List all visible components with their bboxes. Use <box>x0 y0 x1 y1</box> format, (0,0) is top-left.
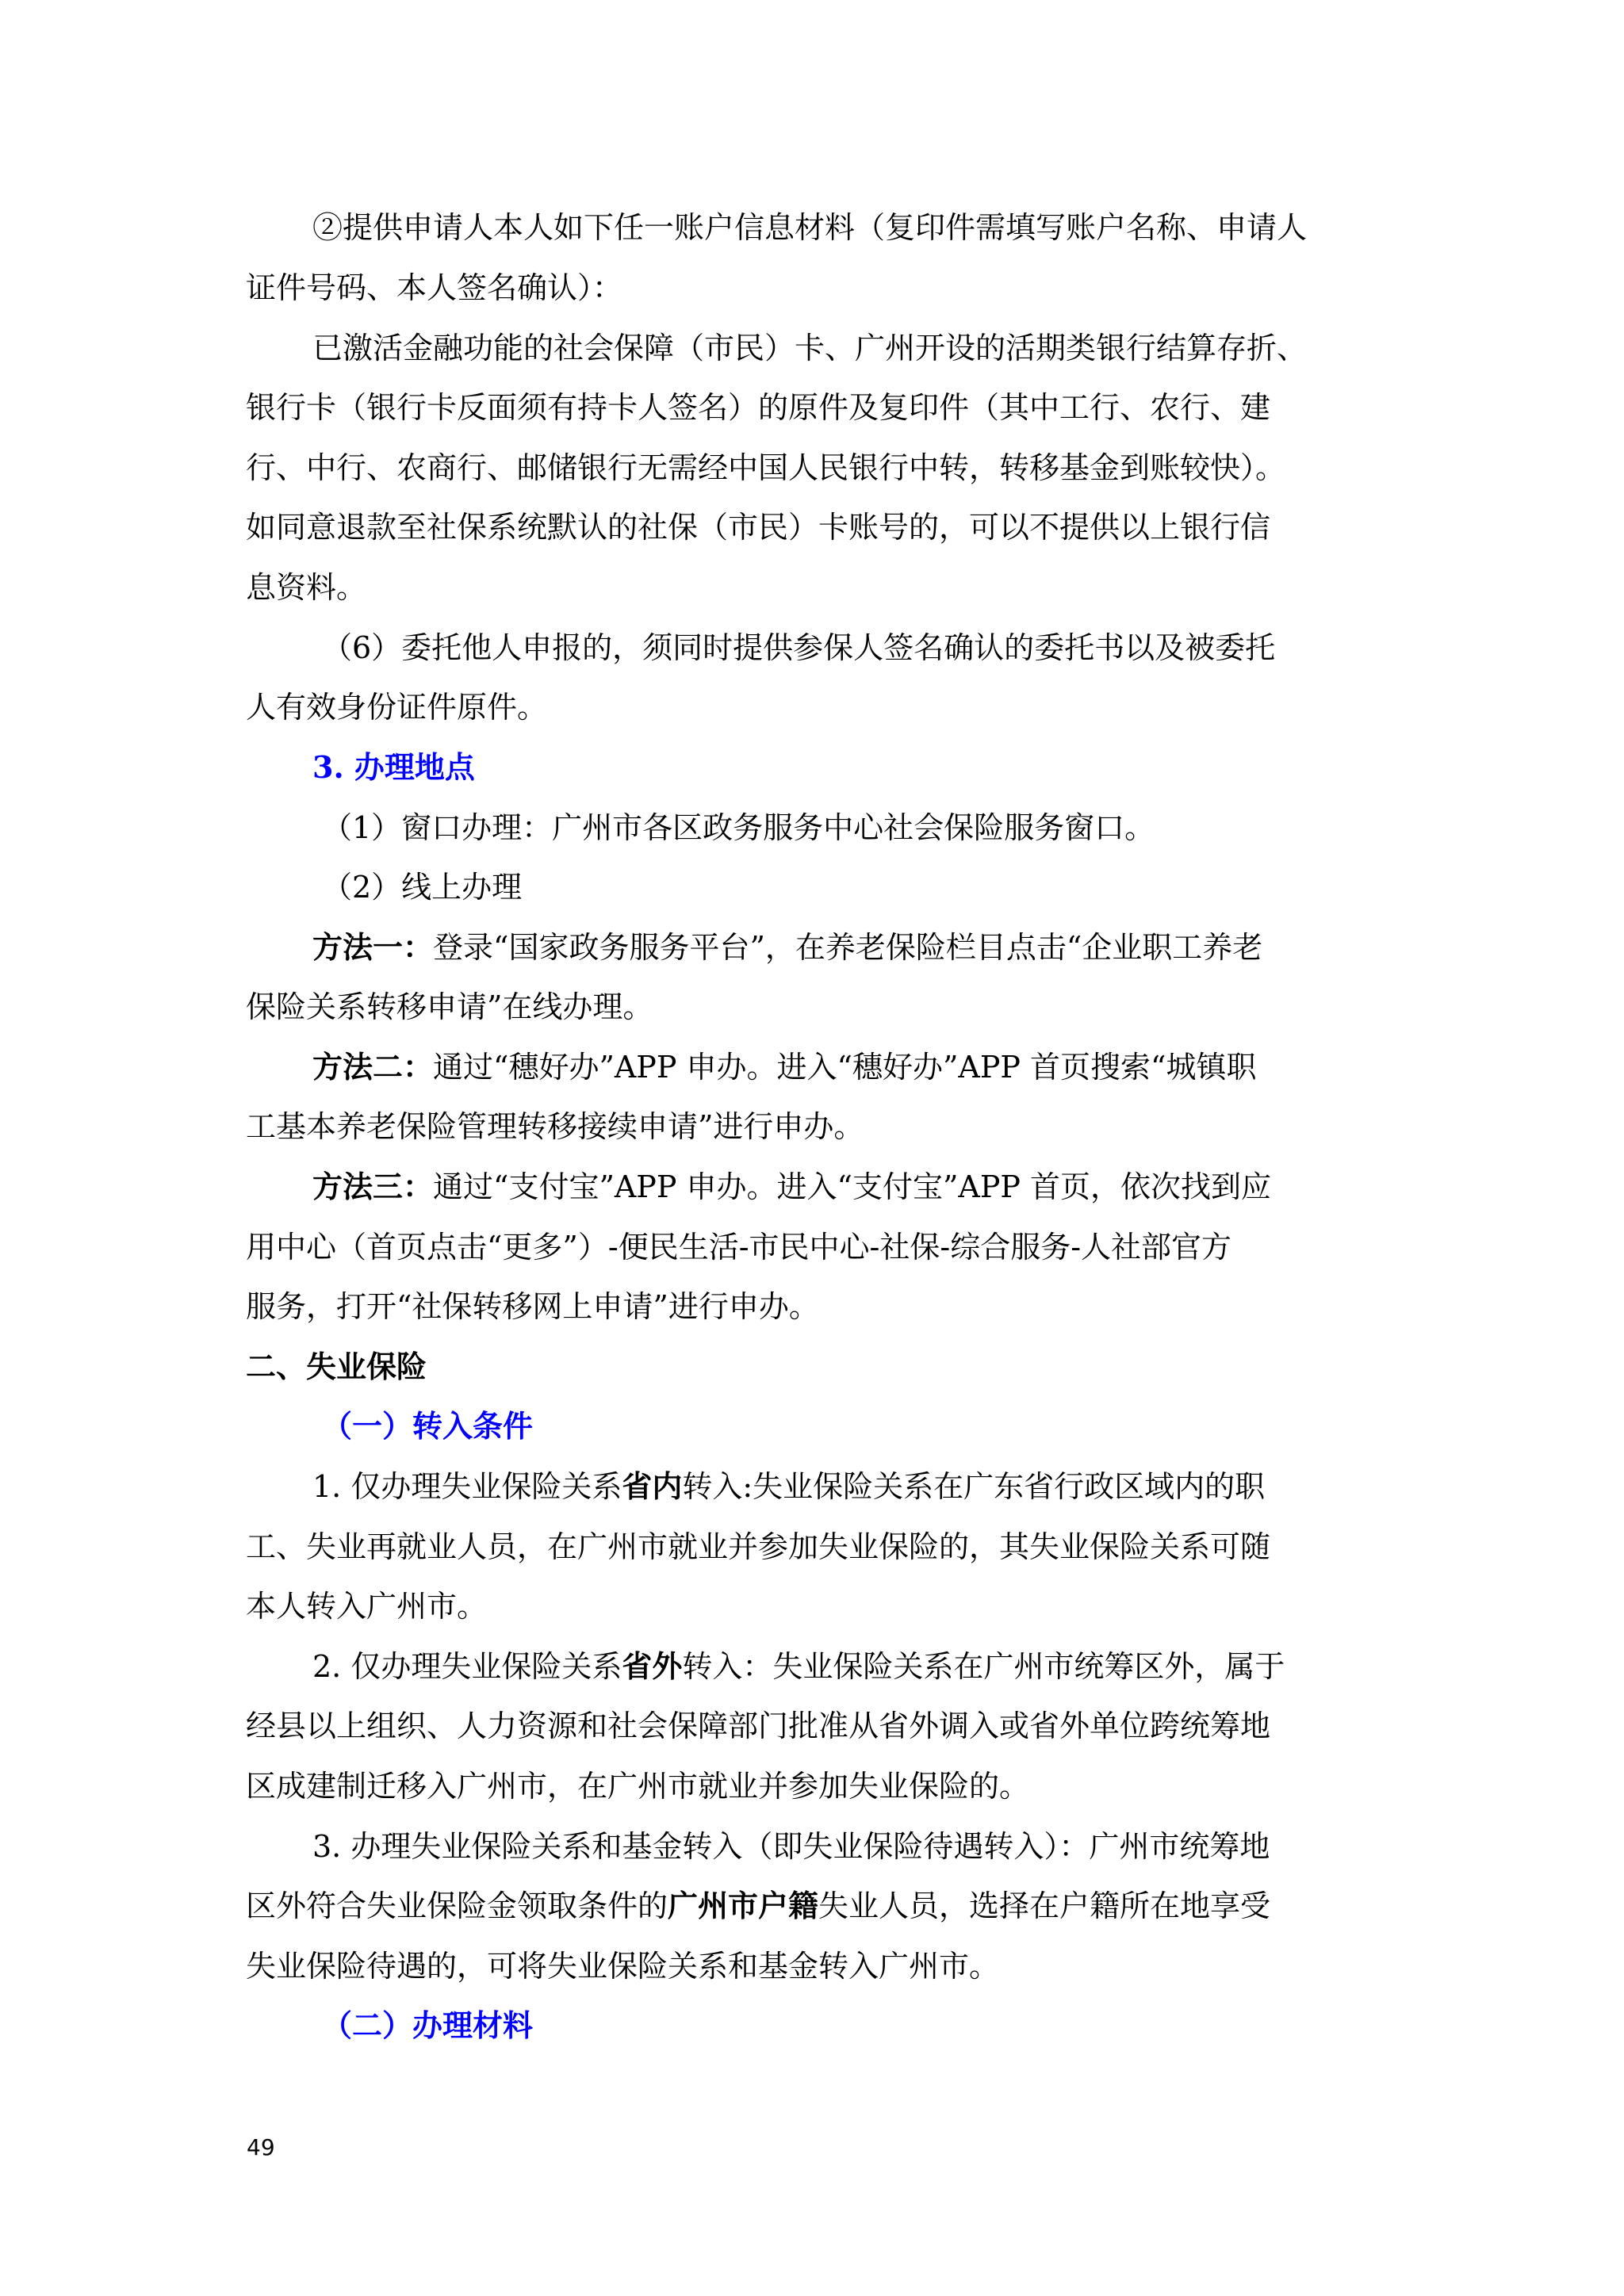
paragraph-line: 服务，打开“社保转移网上申请”进行申办。 <box>246 1287 819 1326</box>
item-text: 转入:失业保险关系在广东省行政区域内的职 <box>682 1469 1265 1504</box>
item-emphasis: 广州市户籍 <box>668 1888 818 1923</box>
item-text: 2. 仅办理失业保险关系 <box>312 1649 622 1684</box>
condition-item-3-line-2: 区外符合失业保险金领取条件的广州市户籍失业人员，选择在户籍所在地享受 <box>246 1886 1270 1926</box>
method-two-text: 通过“穗好办”APP 申办。进入“穗好办”APP 首页搜索“城镇职 <box>433 1050 1256 1085</box>
paragraph-line: 失业保险待遇的，可将失业保险关系和基金转入广州市。 <box>246 1946 999 1986</box>
item-text: 1. 仅办理失业保险关系 <box>312 1469 622 1504</box>
paragraph-line: 行、中行、农商行、邮储银行无需经中国人民银行中转，转移基金到账较快）。 <box>246 448 1285 488</box>
paragraph-line: 保险关系转移申请”在线办理。 <box>246 987 653 1027</box>
paragraph-line: 银行卡（银行卡反面须有持卡人签名）的原件及复印件（其中工行、农行、建 <box>246 388 1270 427</box>
subsection-heading-conditions: （一）转入条件 <box>322 1406 533 1446</box>
condition-item-2: 2. 仅办理失业保险关系省外转入：失业保险关系在广州市统筹区外，属于 <box>312 1647 1285 1686</box>
method-three-line: 方法三：通过“支付宝”APP 申办。进入“支付宝”APP 首页，依次找到应 <box>312 1167 1271 1207</box>
section-heading-unemployment: 二、失业保险 <box>246 1347 427 1387</box>
method-three-text: 通过“支付宝”APP 申办。进入“支付宝”APP 首页，依次找到应 <box>433 1169 1271 1204</box>
paragraph-line: 工、失业再就业人员，在广州市就业并参加失业保险的，其失业保险关系可随 <box>246 1527 1270 1567</box>
paragraph-line: 息资料。 <box>246 568 366 607</box>
paragraph-line: 用中心（首页点击“更多”）-便民生活-市民中心-社保-综合服务-人社部官方 <box>246 1227 1231 1267</box>
place-window: （1）窗口办理：广州市各区政务服务中心社会保险服务窗口。 <box>322 808 1155 848</box>
item-emphasis: 省内 <box>622 1468 682 1504</box>
paragraph-line: 如同意退款至社保系统默认的社保（市民）卡账号的，可以不提供以上银行信 <box>246 507 1270 547</box>
paragraph-line: 区成建制迁移入广州市，在广州市就业并参加失业保险的。 <box>246 1766 1029 1806</box>
paragraph-line: 工基本养老保险管理转移接续申请”进行申办。 <box>246 1107 864 1146</box>
paragraph-line: 证件号码、本人签名确认）： <box>246 268 622 308</box>
method-one-label: 方法一： <box>312 929 433 965</box>
paragraph-line: ②提供申请人本人如下任一账户信息材料（复印件需填写账户名称、申请人 <box>312 208 1307 247</box>
place-online: （2）线上办理 <box>322 867 522 907</box>
item-text: 区外符合失业保险金领取条件的 <box>246 1888 668 1923</box>
method-three-label: 方法三： <box>312 1169 433 1204</box>
paragraph-line: （6）委托他人申报的，须同时提供参保人签名确认的委托书以及被委托 <box>322 628 1275 668</box>
method-one-text: 登录“国家政务服务平台”，在养老保险栏目点击“企业职工养老 <box>433 930 1262 965</box>
subsection-heading-materials: （二）办理材料 <box>322 2006 533 2045</box>
item-text: 失业人员，选择在户籍所在地享受 <box>818 1888 1270 1923</box>
method-two-line: 方法二：通过“穗好办”APP 申办。进入“穗好办”APP 首页搜索“城镇职 <box>312 1047 1256 1087</box>
condition-item-1: 1. 仅办理失业保险关系省内转入:失业保险关系在广东省行政区域内的职 <box>312 1467 1265 1506</box>
section-heading-place: 3. 办理地点 <box>312 748 475 787</box>
item-text: 转入：失业保险关系在广州市统筹区外，属于 <box>682 1649 1285 1684</box>
method-one-line: 方法一：登录“国家政务服务平台”，在养老保险栏目点击“企业职工养老 <box>312 928 1262 967</box>
method-two-label: 方法二： <box>312 1049 433 1085</box>
paragraph-line: 经县以上组织、人力资源和社会保障部门批准从省外调入或省外单位跨统筹地 <box>246 1706 1270 1746</box>
paragraph-line: 本人转入广州市。 <box>246 1586 487 1626</box>
paragraph-line: 人有效身份证件原件。 <box>246 687 547 727</box>
item-emphasis: 省外 <box>622 1648 682 1684</box>
condition-item-3: 3. 办理失业保险关系和基金转入（即失业保险待遇转入）：广州市统筹地 <box>312 1827 1270 1866</box>
page-number: 49 <box>247 2134 275 2160</box>
paragraph-line: 已激活金融功能的社会保障（市民）卡、广州开设的活期类银行结算存折、 <box>312 328 1307 368</box>
